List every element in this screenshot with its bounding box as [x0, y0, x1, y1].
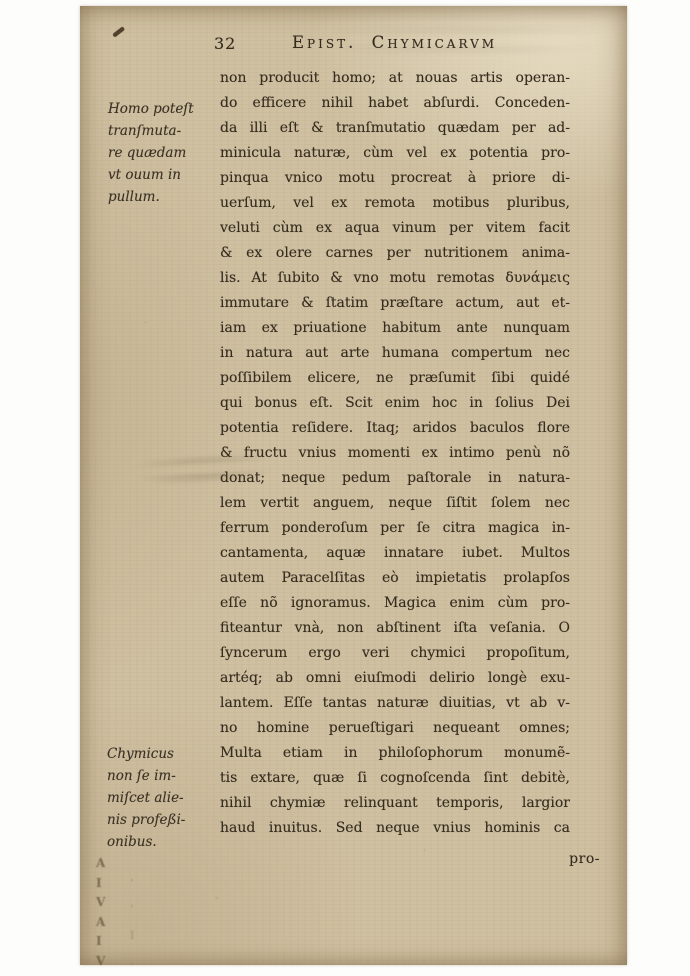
bleedthrough-smudge-middle — [121, 442, 273, 494]
bleedthrough-letter-column-faint: ’’I. — [130, 871, 134, 975]
main-text-block: non producit homo; at nouas artis operan… — [220, 66, 570, 841]
body-text-line: no homine perueſtigari nequeant omnes; — [220, 716, 570, 741]
bleedthrough-letter: ’ — [130, 897, 134, 923]
body-text-line: potentia reſidere. Itaq; aridos baculos … — [220, 416, 570, 441]
body-text-line: uerſum, vel ex remota motibus pluribus, — [220, 191, 570, 216]
body-text-line: lem vertit anguem, neque ſiſtit ſolem ne… — [220, 491, 570, 516]
bleedthrough-letter-column: AIVAIV — [96, 854, 105, 971]
body-text-line: eſſe nõ ignoramus. Magica enim cùm pro- — [220, 591, 570, 616]
book-page-scan: 32 Epist. Chymicarvm Homo poteſttranſmut… — [0, 0, 690, 976]
body-text-line: do efficere nihil habet abſurdi. Concede… — [220, 91, 570, 116]
margin-note-line: tranſmuta- — [108, 120, 220, 142]
bleedthrough-letter: I — [96, 932, 105, 952]
body-text-line: da illi eſt & tranſmutatio quædam per ad… — [220, 116, 570, 141]
bleedthrough-letter: V — [96, 893, 105, 913]
body-text-line: veluti cùm ex aqua vinum per vitem facit — [220, 216, 570, 241]
body-text-line: pinqua vnico motu procreat à priore di- — [220, 166, 570, 191]
margin-note-line: miſcet alie- — [107, 787, 219, 809]
bleedthrough-letter: I — [130, 923, 134, 949]
body-text-line: autem Paracelſitas eò impietatis prolapſ… — [220, 566, 570, 591]
body-text-line: ferrum ponderoſum per ſe citra magica in… — [220, 516, 570, 541]
body-text-line: in natura aut arte humana compertum nec — [220, 341, 570, 366]
body-text-line: qui bonus eſt. Scit enim hoc in ſolius D… — [220, 391, 570, 416]
margin-note-transmutation: Homo poteſttranſmuta-re quædamvt ouum in… — [108, 98, 220, 208]
page-number: 32 — [214, 34, 236, 53]
body-text-line: artéq; ab omni eiuſmodi delirio longè ex… — [220, 666, 570, 691]
body-text-line: non producit homo; at nouas artis operan… — [220, 66, 570, 91]
catchword: pro- — [220, 851, 600, 867]
paper-page: 32 Epist. Chymicarvm Homo poteſttranſmut… — [80, 6, 627, 965]
body-text-line: lantem. Eſſe tantas naturæ diuitias, vt … — [220, 691, 570, 716]
margin-note-line: nis profeßi- — [107, 809, 219, 831]
body-text-line: tis extare, quæ ſi cognoſcenda ſint debi… — [220, 766, 570, 791]
margin-note-line: onibus. — [107, 831, 219, 853]
body-text-line: ſyncerum ergo veri chymici propoſitum, — [220, 641, 570, 666]
body-text-line: lis. At ſubito & vno motu remotas δυνάμε… — [220, 266, 570, 291]
bleedthrough-letter: A — [96, 913, 105, 933]
body-text-line: poſſibilem elicere, ne præſumit ſibi qui… — [220, 366, 570, 391]
body-text-line: Multa etiam in philoſophorum monumẽ- — [220, 741, 570, 766]
bleedthrough-letter: A — [96, 854, 105, 874]
margin-note-chymicus: Chymicusnon ſe im-miſcet alie-nis profeß… — [107, 743, 219, 853]
body-text-line: iam ex priuatione habitum ante nunquam — [220, 316, 570, 341]
body-text-line: & ex olere carnes per nutritionem anima- — [220, 241, 570, 266]
margin-note-line: Homo poteſt — [108, 98, 220, 120]
body-text-line: nihil chymiæ relinquant temporis, largio… — [220, 791, 570, 816]
margin-note-line: vt ouum in — [108, 164, 220, 186]
bleedthrough-letter: V — [96, 952, 105, 972]
body-text-line: & fructu vnius momenti ex intimo penù nõ — [220, 441, 570, 466]
ink-fleck — [112, 26, 124, 37]
body-text-line: fiteantur vnà, non abſtinent iſta veſani… — [220, 616, 570, 641]
bleedthrough-letter: ’ — [130, 871, 134, 897]
running-header-title: Epist. Chymicarvm — [292, 33, 497, 52]
margin-note-line: Chymicus — [107, 743, 219, 765]
body-text-line: cantamenta, aquæ innatare iubet. Multos — [220, 541, 570, 566]
margin-note-line: re quædam — [108, 142, 220, 164]
body-text-line: minicula naturæ, cùm vel ex potentia pro… — [220, 141, 570, 166]
bleedthrough-letter: I — [96, 874, 105, 894]
bleedthrough-letter: . — [130, 949, 134, 975]
body-text-line: immutare & ſtatim præſtare actum, aut et… — [220, 291, 570, 316]
margin-note-line: pullum. — [108, 186, 220, 208]
body-text-line: haud inuitus. Sed neque vnius hominis ca — [220, 816, 570, 841]
margin-note-line: non ſe im- — [107, 765, 219, 787]
